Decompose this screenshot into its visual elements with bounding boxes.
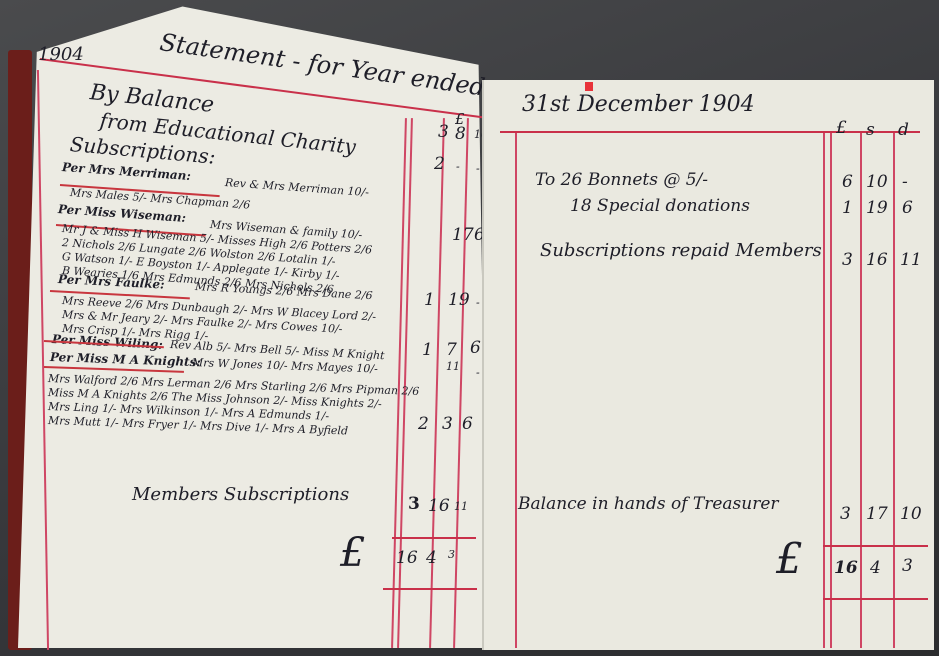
faulke-d: - xyxy=(476,296,480,309)
knights-l: 2 xyxy=(418,414,429,434)
donations-label: 18 Special donations xyxy=(570,196,750,216)
red-mark xyxy=(585,82,593,91)
year-label: 1904 xyxy=(38,44,84,65)
donations-d: 6 xyxy=(902,198,913,218)
balance-s: 17 xyxy=(866,504,888,524)
total-s: 4 xyxy=(426,548,437,568)
faulke-l: 1 xyxy=(424,290,435,310)
wiling-l: 1 xyxy=(422,340,433,360)
subscriptions-s: - xyxy=(456,160,460,173)
col-rule-3 xyxy=(860,133,862,648)
wiling-d: 6 xyxy=(470,338,481,358)
members-l: 3 xyxy=(408,494,420,514)
knights-s: 3 xyxy=(442,414,453,434)
bonnets-label: To 26 Bonnets @ 5/- xyxy=(535,170,708,190)
col-rule-1 xyxy=(823,133,825,648)
total-d: 3 xyxy=(902,556,913,576)
right-page xyxy=(482,80,934,650)
charity-s: 8 xyxy=(455,124,466,144)
pound-symbol: £ xyxy=(776,534,803,583)
donations-s: 19 xyxy=(866,198,888,218)
header-rule xyxy=(500,131,920,133)
header-pence: d xyxy=(898,120,909,140)
balance-l: 3 xyxy=(840,504,851,524)
total-rule-bottom xyxy=(383,588,477,590)
balance-d: 10 xyxy=(900,504,922,524)
wiling-extra-s: 11 xyxy=(446,360,460,373)
total-rule-bottom xyxy=(823,598,928,600)
subs-repaid-s: 16 xyxy=(866,250,888,270)
subscriptions-l: 2 xyxy=(434,154,445,174)
total-l: 16 xyxy=(396,548,418,568)
faulke-s: 19 xyxy=(448,290,470,310)
wiling-extra-d: - xyxy=(476,366,480,379)
total-rule-top xyxy=(392,537,476,539)
wiseman-s: 17 xyxy=(452,225,474,245)
margin-rule xyxy=(515,133,517,648)
members-s: 16 xyxy=(428,496,450,516)
total-d: 3 xyxy=(448,548,455,561)
charity-l: 3 xyxy=(438,122,449,142)
members-subscriptions-label: Members Subscriptions xyxy=(132,484,349,505)
bonnets-l: 6 xyxy=(842,172,853,192)
header-shillings: s xyxy=(866,120,875,140)
col-rule-4 xyxy=(893,133,895,648)
donations-l: 1 xyxy=(842,198,853,218)
members-d: 11 xyxy=(454,500,468,513)
page-date: 31st December 1904 xyxy=(522,92,755,117)
pound-symbol: £ xyxy=(340,530,365,576)
bonnets-s: 10 xyxy=(866,172,888,192)
header-pounds: £ xyxy=(836,118,847,138)
wiling-s: 7 xyxy=(446,340,457,360)
subs-repaid-l: 3 xyxy=(842,250,853,270)
total-l: 16 xyxy=(834,558,858,578)
total-rule-top xyxy=(823,545,928,547)
subscriptions-d: - xyxy=(476,162,480,175)
bonnets-d: - xyxy=(902,172,908,192)
subs-repaid-d: 11 xyxy=(900,250,922,270)
col-rule-2 xyxy=(830,133,832,648)
knights-d: 6 xyxy=(462,414,473,434)
subs-repaid-label: Subscriptions repaid Members xyxy=(540,240,822,261)
total-s: 4 xyxy=(870,558,881,578)
balance-treasurer-label: Balance in hands of Treasurer xyxy=(518,494,779,514)
